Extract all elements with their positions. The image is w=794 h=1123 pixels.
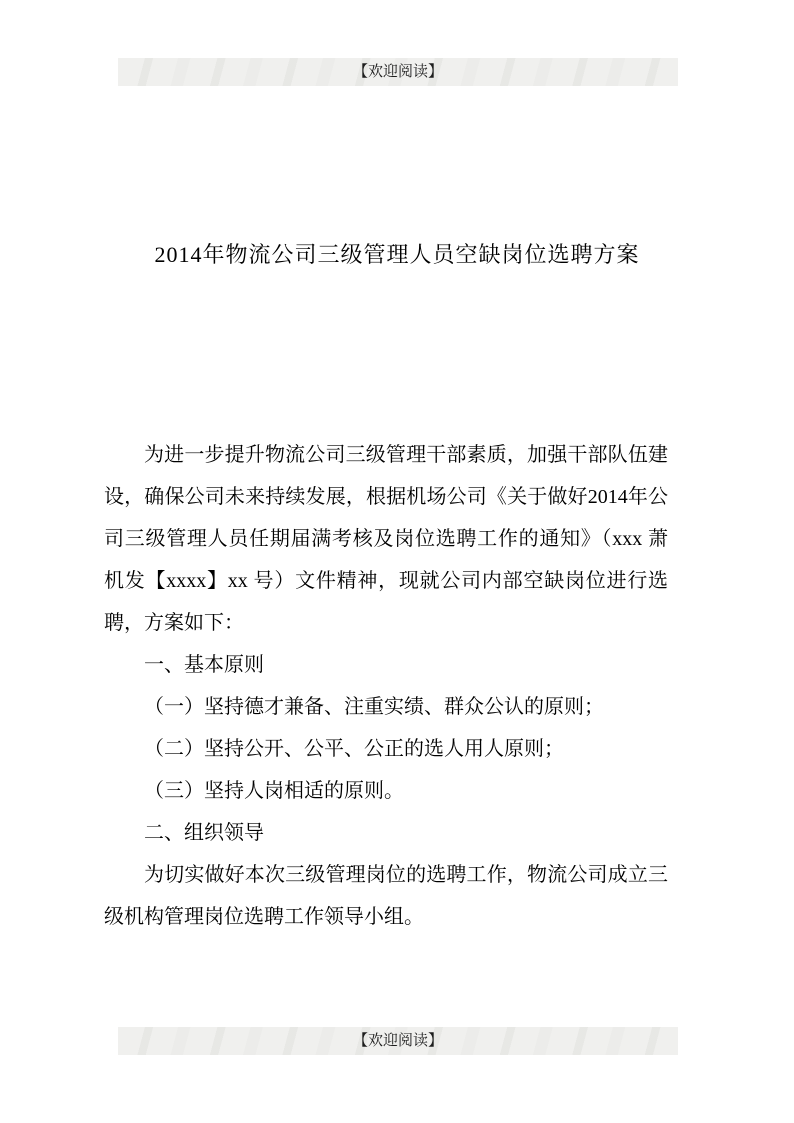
- paragraph: 二、组织领导: [104, 812, 668, 854]
- document-title: 2014年物流公司三级管理人员空缺岗位选聘方案: [0, 238, 794, 269]
- paragraph: （二）坚持公开、公平、公正的选人用人原则；: [104, 728, 668, 770]
- footer-banner-text: 【欢迎阅读】: [353, 1033, 443, 1049]
- paragraph: （三）坚持人岗相适的原则。: [104, 770, 668, 812]
- paragraph: 为进一步提升物流公司三级管理干部素质，加强干部队伍建设，确保公司未来持续发展，根…: [104, 434, 668, 644]
- document-page: 【欢迎阅读】 2014年物流公司三级管理人员空缺岗位选聘方案 为进一步提升物流公…: [0, 0, 794, 1123]
- document-body: 为进一步提升物流公司三级管理干部素质，加强干部队伍建设，确保公司未来持续发展，根…: [104, 434, 668, 938]
- paragraph: 为切实做好本次三级管理岗位的选聘工作，物流公司成立三级机构管理岗位选聘工作领导小…: [104, 854, 668, 938]
- header-banner-text: 【欢迎阅读】: [353, 64, 443, 80]
- paragraph: 一、基本原则: [104, 644, 668, 686]
- paragraph: （一）坚持德才兼备、注重实绩、群众公认的原则；: [104, 686, 668, 728]
- footer-banner: 【欢迎阅读】: [118, 1027, 678, 1055]
- header-banner: 【欢迎阅读】: [118, 58, 678, 86]
